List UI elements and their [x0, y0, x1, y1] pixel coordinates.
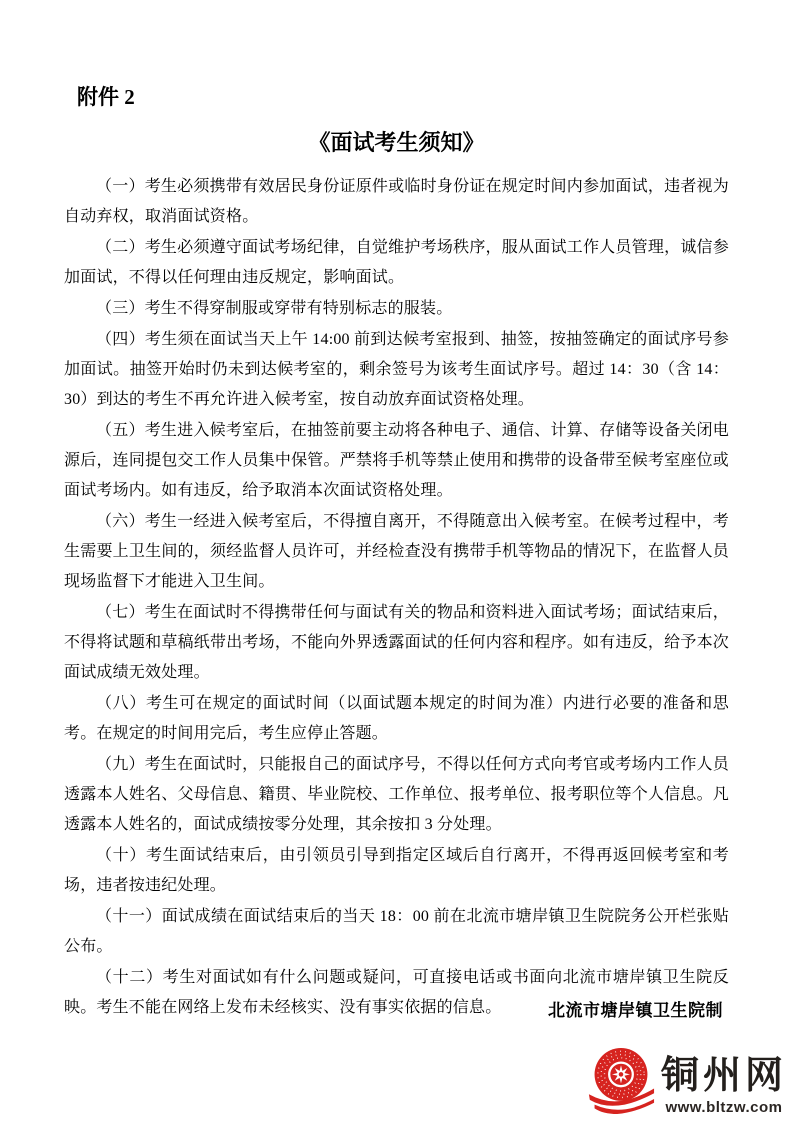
red-seal-star-ribbon-icon [587, 1046, 655, 1116]
notice-paragraph-9: （九）考生在面试时，只能报自己的面试序号，不得以任何方式向考官或考场内工作人员透… [64, 750, 729, 840]
notice-paragraph-1: （一）考生必须携带有效居民身份证原件或临时身份证在规定时间内参加面试，违者视为自… [64, 172, 729, 232]
notice-list: （一）考生必须携带有效居民身份证原件或临时身份证在规定时间内参加面试，违者视为自… [64, 172, 729, 1023]
notice-paragraph-4: （四）考生须在面试当天上午 14:00 前到达候考室报到、抽签，按抽签确定的面试… [64, 325, 729, 415]
notice-paragraph-10: （十）考生面试结束后，由引领员引导到指定区域后自行离开，不得再返回候考室和考场，… [64, 841, 729, 901]
notice-paragraph-2: （二）考生必须遵守面试考场纪律，自觉维护考场秩序，服从面试工作人员管理，诚信参加… [64, 233, 729, 293]
notice-paragraph-5: （五）考生进入候考室后，在抽签前要主动将各种电子、通信、计算、存储等设备关闭电源… [64, 416, 729, 506]
site-url: www.bltzw.com [665, 1099, 782, 1116]
watermark-text: 铜州网 www.bltzw.com [661, 1057, 787, 1116]
notice-paragraph-3: （三）考生不得穿制服或穿带有特别标志的服装。 [64, 294, 729, 324]
notice-paragraph-11: （十一）面试成绩在面试结束后的当天 18：00 前在北流市塘岸镇卫生院院务公开栏… [64, 902, 729, 962]
watermark: 铜州网 www.bltzw.com [587, 1046, 787, 1116]
document-body: 附件 2 《面试考生须知》 （一）考生必须携带有效居民身份证原件或临时身份证在规… [64, 84, 729, 1024]
notice-paragraph-6: （六）考生一经进入候考室后，不得擅自离开，不得随意出入候考室。在候考过程中，考生… [64, 507, 729, 597]
attachment-label: 附件 2 [77, 84, 729, 110]
notice-paragraph-8: （八）考生可在规定的面试时间（以面试题本规定的时间为准）内进行必要的准备和思考。… [64, 689, 729, 749]
page-title: 《面试考生须知》 [64, 129, 729, 157]
footer-issuer: 北流市塘岸镇卫生院制 [548, 996, 723, 1021]
site-name: 铜州网 [661, 1057, 787, 1095]
document-page: 附件 2 《面试考生须知》 （一）考生必须携带有效居民身份证原件或临时身份证在规… [0, 0, 793, 1122]
notice-paragraph-7: （七）考生在面试时不得携带任何与面试有关的物品和资料进入面试考场；面试结束后，不… [64, 598, 729, 688]
